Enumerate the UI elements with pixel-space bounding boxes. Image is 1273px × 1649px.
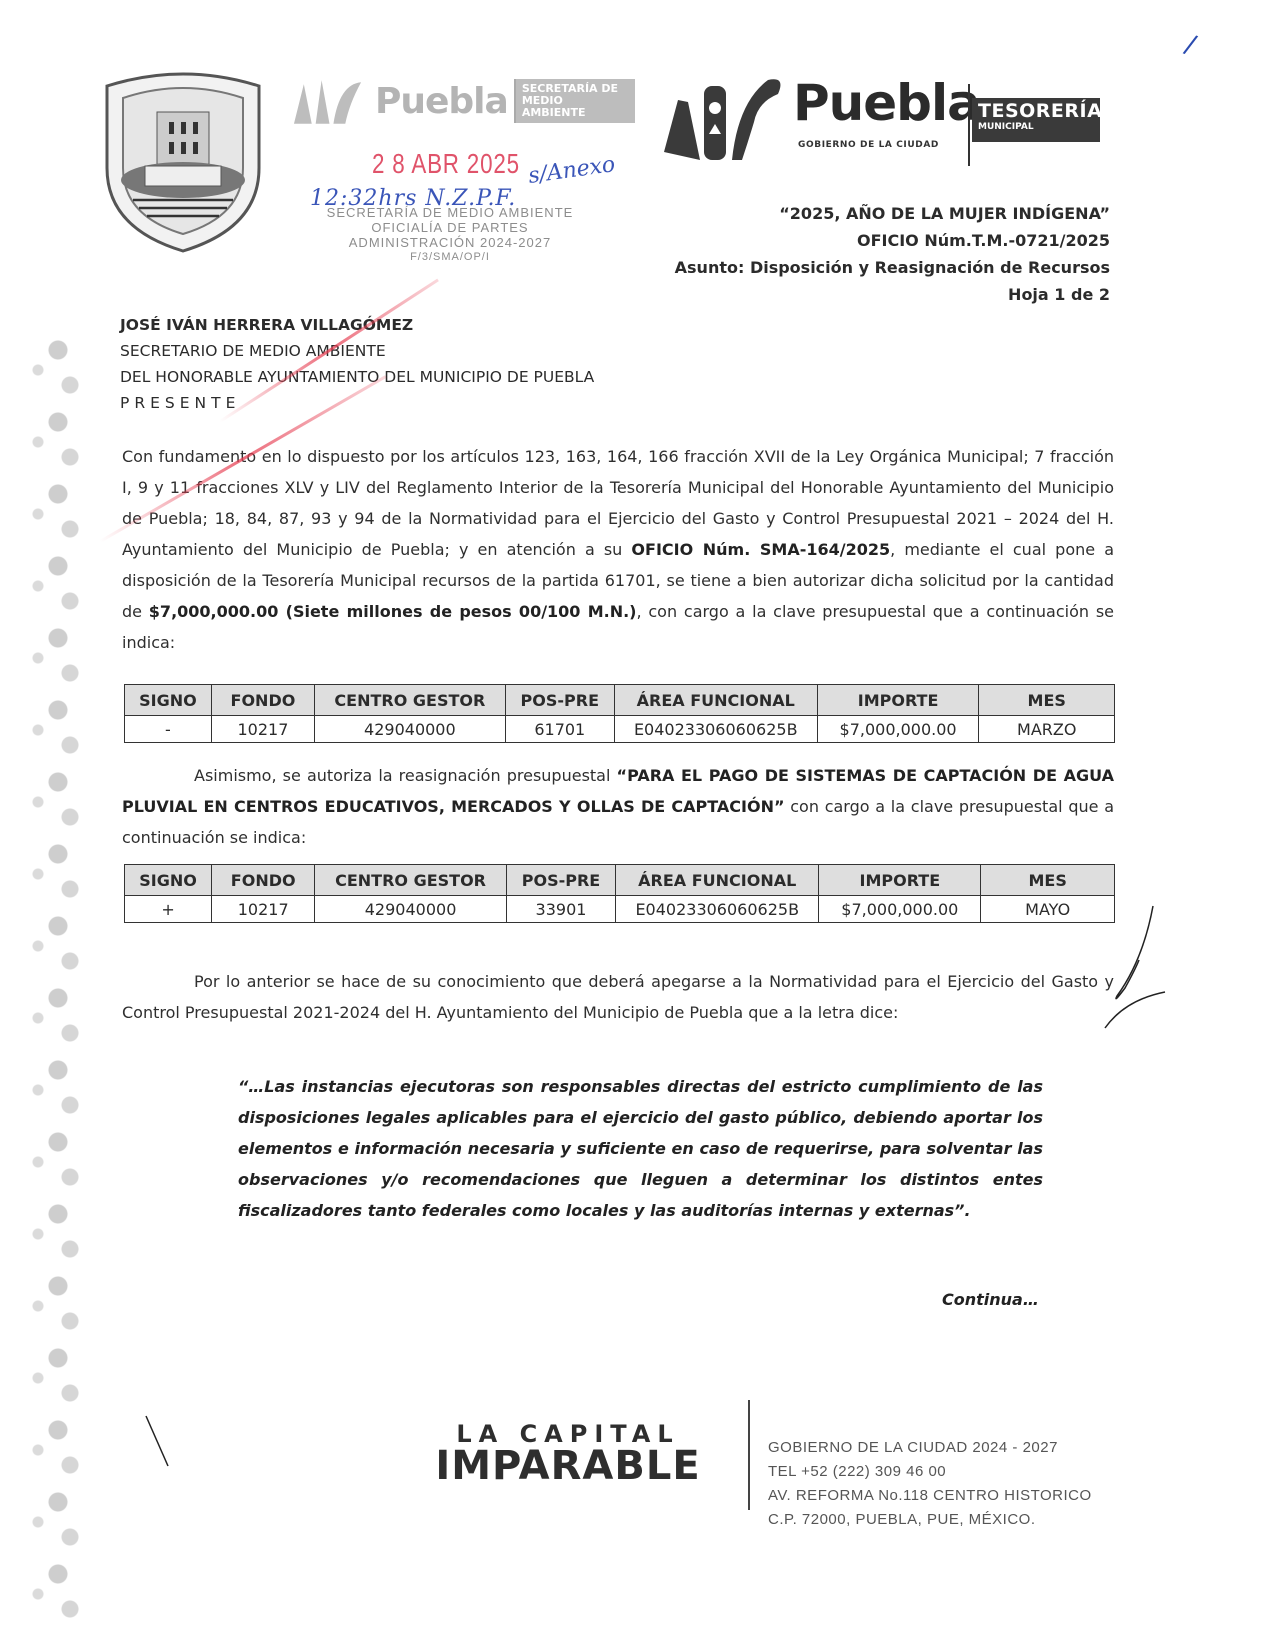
dept-line2: MEDIO AMBIENTE bbox=[522, 94, 586, 119]
table-cell: E04023306060625B bbox=[614, 716, 817, 743]
footer-postal: C.P. 72000, PUEBLA, PUE, MÉXICO. bbox=[768, 1508, 1092, 1532]
medio-ambiente-logo-word: Puebla bbox=[375, 81, 508, 122]
column-header: MES bbox=[981, 865, 1115, 896]
table-cell: + bbox=[125, 896, 212, 923]
regulation-quote: “…Las instancias ejecutoras son responsa… bbox=[238, 1071, 1043, 1226]
paragraph-reassignment: Asimismo, se autoriza la reasignación pr… bbox=[122, 760, 1114, 853]
column-header: SIGNO bbox=[125, 685, 212, 716]
medio-ambiente-logo: Puebla SECRETARÍA DE MEDIO AMBIENTE bbox=[290, 72, 635, 130]
table-cell: - bbox=[125, 716, 212, 743]
table-cell: 10217 bbox=[211, 716, 314, 743]
table-cell: 61701 bbox=[505, 716, 614, 743]
medio-ambiente-logo-dept: SECRETARÍA DE MEDIO AMBIENTE bbox=[514, 79, 635, 123]
table-cell: 429040000 bbox=[314, 716, 505, 743]
table-row: -1021742904000061701E04023306060625B$7,0… bbox=[125, 716, 1115, 743]
tesoreria-dept-box: TESORERÍA MUNICIPAL bbox=[972, 98, 1100, 142]
p1-oficio-ref: OFICIO Núm. SMA-164/2025 bbox=[631, 540, 890, 559]
column-header: MES bbox=[979, 685, 1115, 716]
page-indicator: Hoja 1 de 2 bbox=[675, 281, 1110, 308]
city-crest-icon bbox=[97, 68, 269, 253]
table-cell: E04023306060625B bbox=[616, 896, 819, 923]
footer-separator bbox=[748, 1400, 750, 1510]
tesoreria-logo-subtitle: GOBIERNO DE LA CIUDAD bbox=[798, 140, 939, 150]
column-header: POS-PRE bbox=[506, 865, 615, 896]
reassignment-table: SIGNOFONDOCENTRO GESTORPOS-PREÁREA FUNCI… bbox=[124, 864, 1115, 923]
stamp-line-3: ADMINISTRACIÓN 2024-2027 bbox=[300, 235, 600, 250]
column-header: IMPORTE bbox=[817, 685, 979, 716]
p1-amount: $7,000,000.00 (Siete millones de pesos 0… bbox=[149, 602, 637, 621]
dept-line1: SECRETARÍA DE bbox=[522, 82, 618, 95]
table-header-row: SIGNOFONDOCENTRO GESTORPOS-PREÁREA FUNCI… bbox=[125, 865, 1115, 896]
tesoreria-logo: Puebla GOBIERNO DE LA CIUDAD TESORERÍA M… bbox=[658, 72, 1108, 167]
column-header: FONDO bbox=[212, 865, 315, 896]
signature-initials bbox=[1095, 900, 1175, 1030]
recipient-title: SECRETARIO DE MEDIO AMBIENTE bbox=[120, 338, 594, 364]
stamp-line-4: F/3/SMA/OP/I bbox=[300, 250, 600, 265]
decorative-border bbox=[28, 330, 88, 1630]
recipient-block: JOSÉ IVÁN HERRERA VILLAGÓMEZ SECRETARIO … bbox=[120, 312, 594, 416]
footer-slogan-logo: LA CAPITAL IMPARABLE bbox=[418, 1420, 718, 1486]
footer-gov: GOBIERNO DE LA CIUDAD 2024 - 2027 bbox=[768, 1436, 1092, 1460]
pen-mark bbox=[140, 1410, 180, 1480]
slogan-line-2: IMPARABLE bbox=[418, 1446, 718, 1486]
oficio-number: OFICIO Núm.T.M.-0721/2025 bbox=[675, 227, 1110, 254]
table-cell: $7,000,000.00 bbox=[817, 716, 979, 743]
table-cell: MARZO bbox=[979, 716, 1115, 743]
puebla-city-emblem-icon bbox=[658, 72, 793, 167]
table-cell: $7,000,000.00 bbox=[819, 896, 981, 923]
column-header: POS-PRE bbox=[505, 685, 614, 716]
footer-contact-info: GOBIERNO DE LA CIUDAD 2024 - 2027 TEL +5… bbox=[768, 1436, 1092, 1532]
handwritten-annex-note: s/Anexo bbox=[527, 152, 617, 189]
puebla-emblem-icon bbox=[290, 74, 369, 128]
column-header: FONDO bbox=[211, 685, 314, 716]
column-header: IMPORTE bbox=[819, 865, 981, 896]
received-stamp: SECRETARÍA DE MEDIO AMBIENTE OFICIALÍA D… bbox=[300, 205, 600, 265]
footer-phone: TEL +52 (222) 309 46 00 bbox=[768, 1460, 1092, 1484]
table-cell: 10217 bbox=[212, 896, 315, 923]
column-header: SIGNO bbox=[125, 865, 212, 896]
p2-text-a: Asimismo, se autoriza la reasignación pr… bbox=[194, 766, 617, 785]
column-header: ÁREA FUNCIONAL bbox=[616, 865, 819, 896]
paragraph-compliance: Por lo anterior se hace de su conocimien… bbox=[122, 966, 1114, 1028]
tesoreria-logo-word: Puebla bbox=[793, 74, 980, 132]
stamp-line-2: OFICIALÍA DE PARTES bbox=[300, 220, 600, 235]
paragraph-legal-basis: Con fundamento en lo dispuesto por los a… bbox=[122, 441, 1114, 658]
subject-line: Asunto: Disposición y Reasignación de Re… bbox=[675, 254, 1110, 281]
year-motto: “2025, AÑO DE LA MUJER INDÍGENA” bbox=[675, 200, 1110, 227]
column-header: ÁREA FUNCIONAL bbox=[614, 685, 817, 716]
recipient-organization: DEL HONORABLE AYUNTAMIENTO DEL MUNICIPIO… bbox=[120, 364, 594, 390]
disposition-table: SIGNOFONDOCENTRO GESTORPOS-PREÁREA FUNCI… bbox=[124, 684, 1115, 743]
received-stamp-date: 2 8 ABR 2025 bbox=[372, 148, 520, 180]
tesoreria-dept: TESORERÍA bbox=[978, 100, 1094, 122]
table-row: +1021742904000033901E04023306060625B$7,0… bbox=[125, 896, 1115, 923]
tesoreria-dept-sub: MUNICIPAL bbox=[978, 122, 1094, 132]
document-header-info: “2025, AÑO DE LA MUJER INDÍGENA” OFICIO … bbox=[675, 200, 1110, 308]
handwritten-mark: / bbox=[1181, 29, 1199, 60]
table-cell: 429040000 bbox=[315, 896, 506, 923]
column-header: CENTRO GESTOR bbox=[314, 685, 505, 716]
continued-indicator: Continua… bbox=[942, 1290, 1039, 1309]
table-cell: 33901 bbox=[506, 896, 615, 923]
column-header: CENTRO GESTOR bbox=[315, 865, 506, 896]
table-header-row: SIGNOFONDOCENTRO GESTORPOS-PREÁREA FUNCI… bbox=[125, 685, 1115, 716]
stamp-line-1: SECRETARÍA DE MEDIO AMBIENTE bbox=[300, 205, 600, 220]
logo-separator bbox=[968, 84, 970, 166]
footer-address: AV. REFORMA No.118 CENTRO HISTORICO bbox=[768, 1484, 1092, 1508]
